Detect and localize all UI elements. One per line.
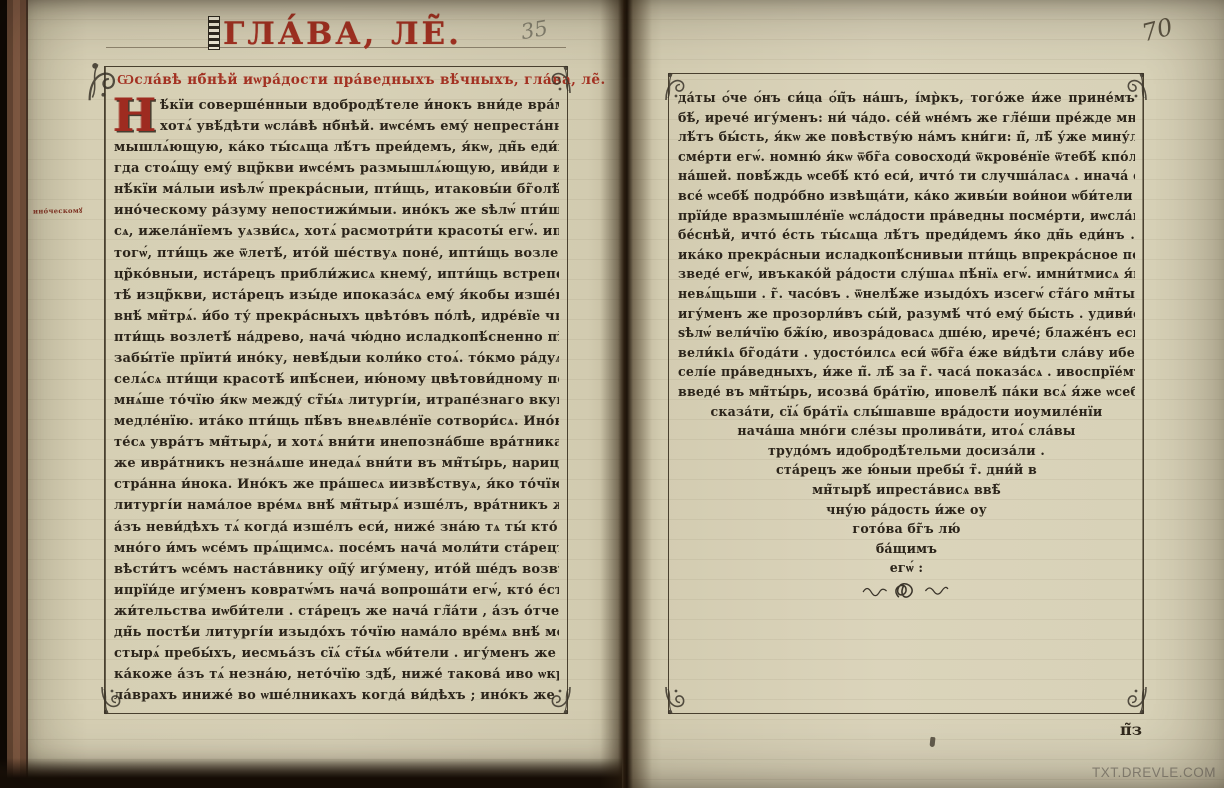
manuscript-line: зведе́ егѡ́, ивъкако́й ра́дости слу́шаѧ … bbox=[678, 264, 1135, 284]
manuscript-line: прїи́де вразмышле́нїе ѡсла́дости пра́вед… bbox=[678, 206, 1135, 226]
chapter-title: ГЛА́ВА, ЛЕ̃. bbox=[104, 14, 566, 54]
end-flourish-icon bbox=[669, 579, 1143, 605]
manuscript-line: селѧ́сѧ пти́щи красотѣ́ ипѣ́снеи, ию́ном… bbox=[114, 369, 559, 390]
manuscript-line: ла́врахъ иниже́ во ѡше́лникахъ когда́ ви… bbox=[114, 685, 559, 706]
manuscript-line: на́шей. повѣ́ждь ѡсебѣ́ кто́ еси́, ичто́… bbox=[678, 166, 1135, 186]
rubric-heading: Ѡсла́вѣ нб̃нѣй иѡра́дости пра́ведныхъ вѣ… bbox=[117, 72, 559, 88]
manuscript-line: тогѡ́, пти́щь же ѿлетѣ́, ито́й ше́ствуѧ … bbox=[114, 243, 559, 264]
manuscript-line: ѣ́кїи соверше́нныи вдобродѣ́теле и́нокъ … bbox=[160, 95, 559, 116]
manuscript-line: да́ты ѻ́че ѻ́нъ си́ца ѻ́ц̃ъ на́шъ, і́мр̀… bbox=[678, 88, 1135, 108]
left-page: ГЛА́ВА, ЛЕ̃. 35 ино́ческомꙋ Ѡсла́вѣ нб̃н… bbox=[28, 0, 622, 788]
manuscript-line: ѕѣлѡ́ вели́чїю бж̃і́ю, ивозра́довасѧ дше… bbox=[678, 323, 1135, 343]
right-pencil-folio: 70 bbox=[1139, 13, 1175, 48]
manuscript-line: стырѧ́ пребы́хъ, иесмьа́зъ сїѧ́ ст̃ы́ѧ ѡ… bbox=[114, 643, 559, 664]
book-gutter bbox=[600, 0, 652, 788]
cyrillic-folio-number: п̃з bbox=[1120, 720, 1142, 739]
manuscript-line: бѣ́, ирече́ игу́менъ: ни́ ча́до. се́й ѡн… bbox=[678, 108, 1135, 128]
manuscript-line: егѡ́ : bbox=[678, 558, 1135, 578]
manuscript-line: мно́го и́мъ ѡсе́мъ прѧ́щимсѧ. посе́мъ на… bbox=[114, 538, 559, 559]
manuscript-line: внѣ́ мн̃трѧ́. и́бо ту́ прекра́сныхъ цвѣт… bbox=[114, 306, 559, 327]
right-text-frame: да́ты ѻ́че ѻ́нъ си́ца ѻ́ц̃ъ на́шъ, і́мр̀… bbox=[668, 73, 1144, 714]
manuscript-line: пти́щь возлетѣ́ на́древо, нача́ чю́дно и… bbox=[114, 327, 559, 348]
left-pencil-folio: 35 bbox=[519, 16, 549, 44]
manuscript-line: те́сѧ увра́тъ мн̃тырѧ́, и хотѧ́ вни́ти и… bbox=[114, 432, 559, 453]
manuscript-line: сме́рти егѡ́. номню́ я́кѡ ѿбг̃а совосход… bbox=[678, 147, 1135, 167]
manuscript-line: ино́ческому ра́зуму непостижи́мыи. ино́к… bbox=[114, 200, 559, 221]
manuscript-line: селі́е пра́ведныхъ, и́же п̃. лѣ̃ за г̃. … bbox=[678, 362, 1135, 382]
manuscript-line: тѣ́ изцр̃кви, иста́рецъ изы́де ипоказа́с… bbox=[114, 285, 559, 306]
manuscript-book-scan: ГЛА́ВА, ЛЕ̃. 35 ино́ческомꙋ Ѡсла́вѣ нб̃н… bbox=[0, 0, 1224, 788]
manuscript-line: ка́коже а́зъ тѧ́ незна́ю, нето́чїю здѣ́,… bbox=[114, 664, 559, 685]
manuscript-line: ика́ко прекра́сныи исладкопѣ́снивыи пти́… bbox=[678, 245, 1135, 265]
corner-flourish-icon bbox=[1125, 685, 1149, 717]
right-page-text: да́ты ѻ́че ѻ́нъ си́ца ѻ́ц̃ъ на́шъ, і́мр̀… bbox=[678, 88, 1135, 402]
manuscript-line: забы́тїе прїити́ ино́ку, невѣ́дыи коли́к… bbox=[114, 348, 559, 369]
manuscript-line: все́ ѡсебѣ́ подро́бно извѣща́ти, ка́ко ж… bbox=[678, 186, 1135, 206]
manuscript-line: жи́тельства иѡби́тели . ста́рецъ же нача… bbox=[114, 601, 559, 622]
manuscript-line: невѧ́щьши . г̃. часо́въ . ѿнелѣ́же изыдо… bbox=[678, 284, 1135, 304]
manuscript-line: чну́ю ра́дость и́же оу bbox=[678, 500, 1135, 520]
bottom-page-edges bbox=[0, 758, 622, 788]
book-spine-edge bbox=[0, 0, 30, 788]
manuscript-line: вели́кіѧ бг̃ода́ти . удосто́илсѧ еси́ ѿб… bbox=[678, 343, 1135, 363]
manuscript-line: сказа́ти, сїѧ́ бра́тїѧ слы́шавше вра́дос… bbox=[678, 402, 1135, 422]
ink-blot bbox=[929, 737, 935, 747]
manuscript-line: вѣсти́тъ ѡсе́мъ наста́внику оц̃у́ игу́ме… bbox=[114, 559, 559, 580]
manuscript-line: литургі́и нама́лое вре́мѧ внѣ́ мн̃тырѧ́ … bbox=[114, 495, 559, 516]
manuscript-line: медле́нїю. ита́ко пти́щь пѣ́въ внеѧвле́н… bbox=[114, 411, 559, 432]
manuscript-line: трудо́мъ идобродѣ́тельми досиза́ли . bbox=[678, 441, 1135, 461]
manuscript-line: ипрїи́де игу́менъ ковратѡ́мъ нача́ вопро… bbox=[114, 580, 559, 601]
manuscript-line: бе́снѣй, ичто́ е́сть ты́сѧща лѣ́тъ преди… bbox=[678, 225, 1135, 245]
left-page-text: ѣ́кїи соверше́нныи вдобродѣ́теле и́нокъ … bbox=[114, 95, 559, 706]
manuscript-line: стра́нна и́нока. Ино́къ же пра́шесѧ иизв… bbox=[114, 474, 559, 495]
title-ornament-bar bbox=[208, 16, 220, 50]
watermark-text: TXT.DREVLE.COM bbox=[1092, 765, 1216, 780]
manuscript-line: лѣ́тъ бы́сть, я́кѡ же повѣству́ю на́мъ к… bbox=[678, 127, 1135, 147]
manuscript-line: дн̃ь постѣ́и литургі́и изыдо́хъ то́чїю н… bbox=[114, 622, 559, 643]
manuscript-line: мнѧ́ше то́чїю я́кѡ между́ ст̃ы́ѧ литургі… bbox=[114, 390, 559, 411]
manuscript-line: гда стоѧ́щу ему́ вцр̃кви иѡсе́мъ размышл… bbox=[114, 158, 559, 179]
manuscript-line: игу́менъ же прозорли́въ сы́й, разумѣ́ чт… bbox=[678, 304, 1135, 324]
manuscript-line: сѧ, ижела́нїемъ уѧзви́сѧ, хотѧ́ расмотри… bbox=[114, 221, 559, 242]
manuscript-line: ба́щимъ bbox=[678, 539, 1135, 559]
manuscript-line: ста́рецъ же ю́ныи пребы́ т̃. дни́й в bbox=[678, 460, 1135, 480]
left-text-frame: Ѡсла́вѣ нб̃нѣй иѡра́дости пра́ведныхъ вѣ… bbox=[104, 66, 568, 714]
right-page: 70 да́ты ѻ́че ѻ́нъ си́ца ѻ́ц̃ъ на́шъ, і́… bbox=[622, 0, 1224, 788]
manuscript-line: хотѧ́ увѣ́дѣти ѡсла́вѣ нб̃нѣй. иѡсе́мъ е… bbox=[160, 116, 559, 137]
manuscript-line: же ивра́тникъ незна́ѧше инедаѧ́ вни́ти в… bbox=[114, 453, 559, 474]
chapter-title-text: ГЛА́ВА, ЛЕ̃. bbox=[223, 16, 462, 52]
margin-note: ино́ческомꙋ bbox=[33, 205, 99, 215]
right-page-taper-text: сказа́ти, сїѧ́ бра́тїѧ слы́шавше вра́дос… bbox=[678, 402, 1135, 578]
manuscript-line: введе́ въ мн̃ты́рь, исозва́ бра́тїю, ипо… bbox=[678, 382, 1135, 402]
manuscript-line: мышлѧ́ющую, ка́ко ты́сѧща лѣ́тъ преи́дем… bbox=[114, 137, 559, 158]
manuscript-line: цр̃ко́вныи, иста́рецъ прибли́жисѧ кнему́… bbox=[114, 264, 559, 285]
corner-flourish-icon bbox=[663, 685, 687, 717]
manuscript-line: а́зъ неви́дѣхъ тѧ́ когда́ изше́лъ еси́, … bbox=[114, 517, 559, 538]
manuscript-line: гото́ва бг̃ъ лю́ bbox=[678, 519, 1135, 539]
manuscript-line: нѣ́кїи ма́лыи иѕѣлѡ́ прекра́сныи, пти́щь… bbox=[114, 179, 559, 200]
manuscript-line: нача́ша мно́ги сле́зы пролива́ти, итоѧ́ … bbox=[678, 421, 1135, 441]
manuscript-line: мн̃тырѣ́ ипреста́висѧ ввѣ̃ bbox=[678, 480, 1135, 500]
corner-flourish-icon bbox=[549, 63, 573, 95]
